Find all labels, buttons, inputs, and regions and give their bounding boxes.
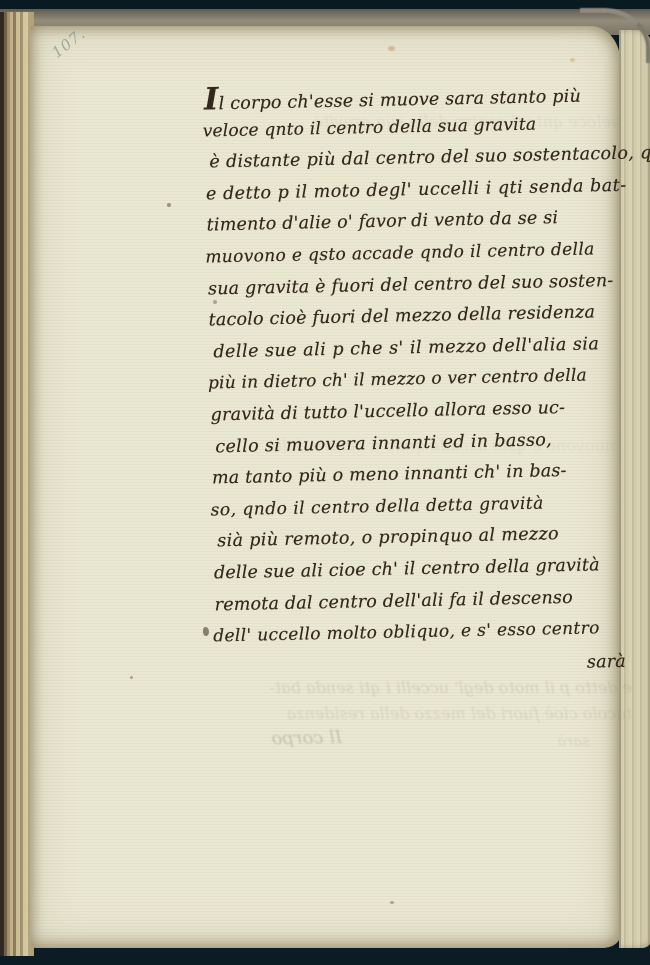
handwritten-text-block: Il corpo ch'esse si muove sara stanto pi… <box>204 76 641 687</box>
book-gutter-page-edges <box>0 12 34 956</box>
manuscript-photo: 107. veloce qnto il centro della sua gra… <box>0 0 650 965</box>
